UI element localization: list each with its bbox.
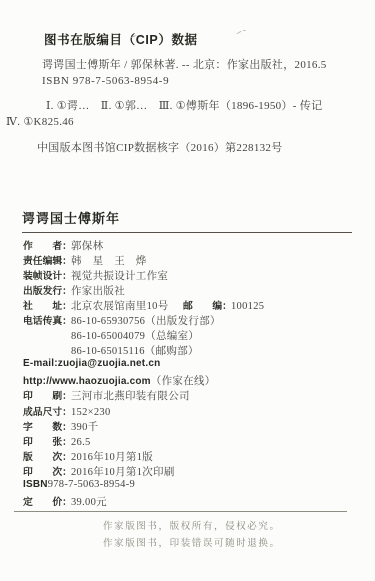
colophon-row: 版 次：2016年10月第1版 — [23, 449, 363, 464]
cip-section: 图书在版编目（CIP）数据 谔谔国士傅斯年 / 郭保林著. -- 北京：作家出版… — [0, 32, 375, 157]
colophon-label: 作 者： — [23, 238, 71, 252]
colophon-label: 印 张： — [23, 434, 71, 448]
colophon-label: 定 价： — [23, 494, 71, 508]
colophon-row: 印 刷：三河市北燕印装有限公司 — [23, 388, 363, 403]
colophon-value: 39.00元 — [71, 494, 107, 509]
colophon-row: 社 址：北京农展馆南里10号邮 编：100125 — [23, 298, 363, 313]
colophon-row: 字 数：390千 — [23, 419, 363, 434]
colophon-value: 韩 星 王 烨 — [71, 253, 147, 268]
colophon-value: 26.5 — [71, 437, 91, 448]
colophon-row: E-mail:zuojia@zuojia.net.cn — [23, 358, 363, 373]
colophon-label: 版 次： — [23, 449, 71, 463]
book-copyright-page: 图书在版编目（CIP）数据 谔谔国士傅斯年 / 郭保林著. -- 北京：作家出版… — [0, 0, 375, 581]
colophon-label: 出版发行： — [23, 283, 71, 297]
cip-classification-line1: Ⅰ. ①谔… Ⅱ. ①郭… Ⅲ. ①傅斯年（1896-1950）- 传记 — [46, 99, 375, 115]
colophon-value: 86-10-65015116（邮购部） — [71, 343, 199, 358]
colophon-label: 印 次： — [23, 464, 71, 478]
colophon-value: 390千 — [71, 419, 98, 434]
colophon-row: 86-10-65015116（邮购部） — [23, 343, 363, 358]
colophon-label: 装帧设计： — [23, 268, 71, 282]
colophon-value: 2016年10月第1次印刷 — [71, 464, 175, 479]
colophon-label: 成品尺寸： — [23, 404, 71, 418]
colophon-value: 86-10-65004079（总编室） — [71, 328, 199, 343]
colophon-row: 电话传真：86-10-65930756（出版发行部） — [23, 313, 363, 328]
colophon-row: 装帧设计：视觉共振设计工作室 — [23, 268, 363, 283]
cip-header: 图书在版编目（CIP）数据 — [44, 32, 375, 48]
colophon-value: 作家出版社 — [71, 283, 125, 298]
colophon-value: 三河市北燕印装有限公司 — [71, 388, 190, 403]
colophon-row: 86-10-65004079（总编室） — [23, 328, 363, 343]
colophon-row: 作 者：郭保林 — [23, 238, 363, 253]
colophon-value: E-mail:zuojia@zuojia.net.cn — [23, 358, 160, 369]
colophon-row: 定 价：39.00元 — [23, 494, 363, 509]
colophon-value: ISBN — [23, 479, 48, 490]
colophon-value: 视觉共振设计工作室 — [71, 268, 168, 283]
colophon-value: 152×230 — [71, 407, 111, 418]
cip-classification-line2: Ⅳ. ①K825.46 — [6, 115, 375, 131]
colophon-row: 印 次：2016年10月第1次印刷 — [23, 464, 363, 479]
colophon-row: 印 张：26.5 — [23, 434, 363, 449]
colophon-row: ISBN 978-7-5063-8954-9 — [23, 479, 363, 494]
cip-registry-line: 中国版本图书馆CIP数据核字（2016）第228132号 — [37, 141, 375, 157]
colophon-row: 成品尺寸：152×230 — [23, 404, 363, 419]
colophon-label: 电话传真： — [23, 313, 71, 327]
footer-note-copyright: 作家版图书，版权所有，侵权必究。 — [103, 520, 375, 534]
cip-isbn-line: ISBN 978-7-5063-8954-9 — [42, 74, 375, 90]
colophon-row: http://www.haozuojia.com（作家在线） — [23, 373, 363, 388]
colophon-value: 北京农展馆南里10号 — [71, 298, 169, 313]
colophon-value: 86-10-65930756（出版发行部） — [71, 313, 221, 328]
colophon-row: 出版发行：作家出版社 — [23, 283, 363, 298]
colophon-value-suffix: 978-7-5063-8954-9 — [48, 479, 135, 490]
footer-divider — [14, 511, 347, 512]
colophon-label: 邮 编： — [183, 298, 231, 312]
colophon-value: 2016年10月第1版 — [71, 449, 153, 464]
colophon-label: 字 数： — [23, 419, 71, 433]
colophon-label: 印 刷： — [23, 388, 71, 402]
footer-note-exchange: 作家版图书，印装错误可随时退换。 — [103, 537, 375, 551]
colophon-secondary-pair: 邮 编：100125 — [183, 298, 264, 312]
colophon-value: 郭保林 — [71, 238, 103, 253]
colophon-label: 社 址： — [23, 298, 71, 312]
colophon-rows: 作 者：郭保林责任编辑：韩 星 王 烨装帧设计：视觉共振设计工作室出版发行：作家… — [23, 238, 363, 510]
colophon-label: 责任编辑： — [23, 253, 71, 267]
book-title: 谔谔国士傅斯年 — [22, 211, 352, 233]
colophon-value: 100125 — [231, 301, 264, 312]
scan-mark — [243, 30, 246, 31]
colophon-value-suffix: （作家在线） — [151, 373, 216, 388]
colophon-value: http://www.haozuojia.com — [23, 376, 151, 387]
cip-record-line: 谔谔国士傅斯年 / 郭保林著. -- 北京：作家出版社，2016.5 — [42, 58, 375, 74]
colophon-row: 责任编辑：韩 星 王 烨 — [23, 253, 363, 268]
